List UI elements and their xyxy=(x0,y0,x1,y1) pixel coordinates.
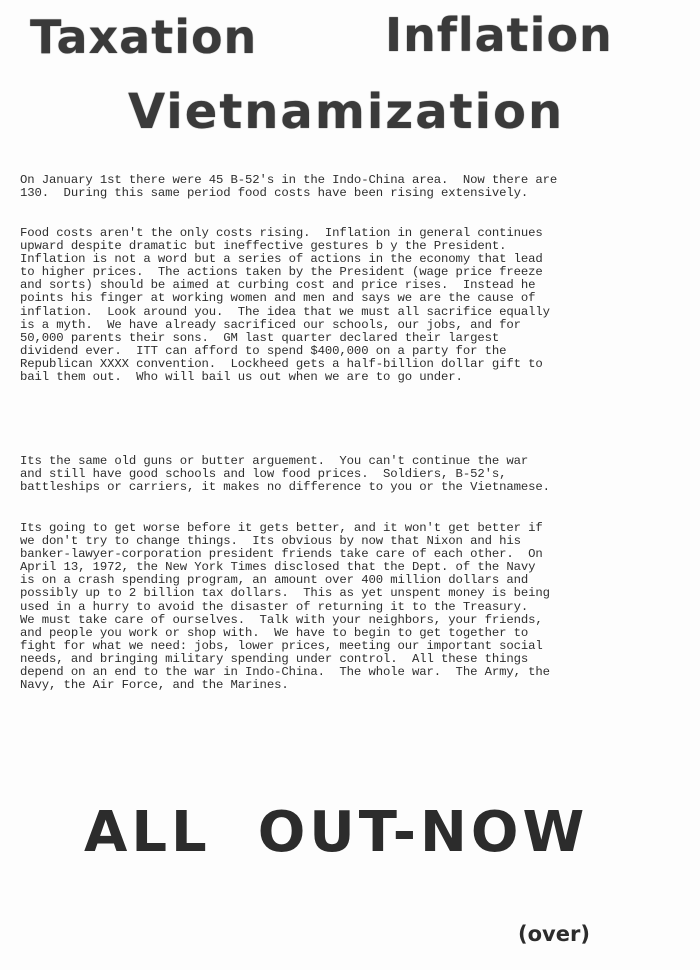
headline-vietnamization: Vietnamization xyxy=(128,84,564,140)
text-line: Navy, the Air Force, and the Marines. xyxy=(20,679,695,692)
text-line: bail them out. Who will bail us out when… xyxy=(20,371,695,384)
paragraph-call-to-action: Its going to get worse before it gets be… xyxy=(20,522,695,692)
text-line: battleships or carriers, it makes no dif… xyxy=(20,481,695,494)
text-line: points his finger at working women and m… xyxy=(20,292,695,305)
text-line: and people you work or shop with. We hav… xyxy=(20,627,695,640)
slogan-all-out-now: ALL OUT-NOW xyxy=(84,800,588,865)
over-label: (over) xyxy=(518,922,590,946)
text-line: 50,000 parents their sons. GM last quart… xyxy=(20,332,695,345)
text-line: possibly up to 2 billion tax dollars. Th… xyxy=(20,587,695,600)
paragraph-inflation: Food costs aren't the only costs rising.… xyxy=(20,227,695,384)
text-line: fight for what we need: jobs, lower pric… xyxy=(20,640,695,653)
text-line: used in a hurry to avoid the disaster of… xyxy=(20,601,695,614)
headline-inflation: Inflation xyxy=(385,8,613,62)
paragraph-guns-or-butter: Its the same old guns or butter arguemen… xyxy=(20,455,695,494)
text-line: dividend ever. ITT can afford to spend $… xyxy=(20,345,695,358)
text-line: is a myth. We have already sacrificed ou… xyxy=(20,319,695,332)
text-line: inflation. Look around you. The idea tha… xyxy=(20,306,695,319)
text-line: 130. During this same period food costs … xyxy=(20,187,695,200)
headline-taxation: Taxation xyxy=(30,10,257,64)
text-line: We must take care of ourselves. Talk wit… xyxy=(20,614,695,627)
paragraph-b52-count: On January 1st there were 45 B-52's in t… xyxy=(20,174,695,200)
